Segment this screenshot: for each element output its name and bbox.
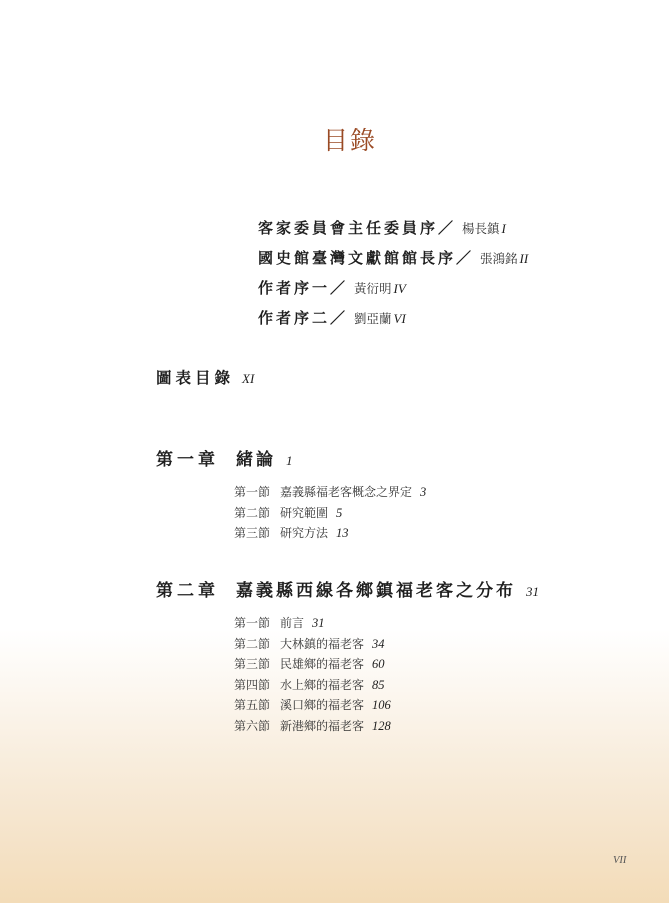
chapter-2: 第二章嘉義縣西線各鄉鎮福老客之分布31 第一節前言31 第二節大林鎮的福老客34…: [156, 577, 539, 736]
section-title: 民雄鄉的福老客: [280, 657, 364, 671]
page-number: 31: [526, 584, 539, 599]
section-entry[interactable]: 第三節研究方法13: [234, 523, 426, 544]
section-number: 第一節: [234, 482, 280, 503]
page-number: 85: [372, 678, 385, 692]
section-list: 第一節前言31 第二節大林鎮的福老客34 第三節民雄鄉的福老客60 第四節水上鄉…: [234, 613, 539, 736]
preface-entry[interactable]: 作者序一／黃衍明IV: [258, 276, 528, 306]
section-number: 第二節: [234, 503, 280, 524]
author-name: 楊長鎮: [462, 222, 500, 236]
figure-list-label: 圖表目錄: [156, 368, 234, 387]
page-number: 5: [336, 506, 342, 520]
section-title: 研究方法: [280, 526, 328, 540]
chapter-title: 嘉義縣西線各鄉鎮福老客之分布: [236, 581, 516, 601]
section-entry[interactable]: 第五節溪口鄉的福老客106: [234, 695, 539, 716]
section-entry[interactable]: 第六節新港鄉的福老客128: [234, 716, 539, 737]
section-number: 第五節: [234, 695, 280, 716]
page-number: II: [520, 251, 529, 266]
section-entry[interactable]: 第一節前言31: [234, 613, 539, 634]
section-title: 嘉義縣福老客概念之界定: [280, 485, 412, 499]
section-title: 前言: [280, 616, 304, 630]
page-number: 34: [372, 637, 385, 651]
page-number: 3: [420, 485, 426, 499]
chapter-title: 緒論: [236, 450, 276, 470]
section-number: 第四節: [234, 675, 280, 696]
section-entry[interactable]: 第三節民雄鄉的福老客60: [234, 654, 539, 675]
preface-author: 黃衍明IV: [354, 282, 406, 296]
section-number: 第二節: [234, 634, 280, 655]
preface-title: 作者序二／: [258, 309, 348, 327]
chapter-heading[interactable]: 第二章嘉義縣西線各鄉鎮福老客之分布31: [156, 577, 539, 605]
figure-list-entry[interactable]: 圖表目錄XI: [156, 366, 254, 388]
page-number: IV: [394, 281, 406, 296]
preface-author: 劉亞蘭VI: [354, 312, 406, 326]
preface-entry[interactable]: 作者序二／劉亞蘭VI: [258, 306, 528, 336]
page-title: 目錄: [0, 121, 669, 157]
preface-entry[interactable]: 國史館臺灣文獻館館長序／張鴻銘II: [258, 246, 528, 276]
preface-title: 作者序一／: [258, 279, 348, 297]
page-number: VI: [394, 311, 406, 326]
page-number: 13: [336, 526, 349, 540]
page-number: XI: [242, 371, 254, 386]
chapter-heading[interactable]: 第一章緒論1: [156, 446, 426, 474]
section-title: 溪口鄉的福老客: [280, 698, 364, 712]
page-number: 60: [372, 657, 385, 671]
author-name: 黃衍明: [354, 282, 392, 296]
section-number: 第三節: [234, 523, 280, 544]
section-list: 第一節嘉義縣福老客概念之界定3 第二節研究範圍5 第三節研究方法13: [234, 482, 426, 544]
section-entry[interactable]: 第二節研究範圍5: [234, 503, 426, 524]
page-number: I: [502, 221, 506, 236]
section-number: 第一節: [234, 613, 280, 634]
chapter-number: 第一章: [156, 446, 236, 474]
section-number: 第三節: [234, 654, 280, 675]
section-title: 大林鎮的福老客: [280, 637, 364, 651]
section-number: 第六節: [234, 716, 280, 737]
author-name: 劉亞蘭: [354, 312, 392, 326]
section-entry[interactable]: 第一節嘉義縣福老客概念之界定3: [234, 482, 426, 503]
page-number: 106: [372, 698, 391, 712]
section-entry[interactable]: 第二節大林鎮的福老客34: [234, 634, 539, 655]
preface-entry[interactable]: 客家委員會主任委員序／楊長鎮I: [258, 216, 528, 246]
preface-author: 張鴻銘II: [480, 252, 528, 266]
page-number: 128: [372, 719, 391, 733]
page-folio: VII: [613, 855, 626, 866]
section-title: 研究範圍: [280, 506, 328, 520]
preface-author: 楊長鎮I: [462, 222, 506, 236]
chapter-1: 第一章緒論1 第一節嘉義縣福老客概念之界定3 第二節研究範圍5 第三節研究方法1…: [156, 446, 426, 544]
section-entry[interactable]: 第四節水上鄉的福老客85: [234, 675, 539, 696]
section-title: 新港鄉的福老客: [280, 719, 364, 733]
chapter-number: 第二章: [156, 577, 236, 605]
preface-title: 客家委員會主任委員序／: [258, 219, 456, 237]
section-title: 水上鄉的福老客: [280, 678, 364, 692]
author-name: 張鴻銘: [480, 252, 518, 266]
page-number: 31: [312, 616, 325, 630]
preface-title: 國史館臺灣文獻館館長序／: [258, 249, 474, 267]
page-number: 1: [286, 453, 293, 468]
preface-list: 客家委員會主任委員序／楊長鎮I 國史館臺灣文獻館館長序／張鴻銘II 作者序一／黃…: [258, 216, 528, 336]
